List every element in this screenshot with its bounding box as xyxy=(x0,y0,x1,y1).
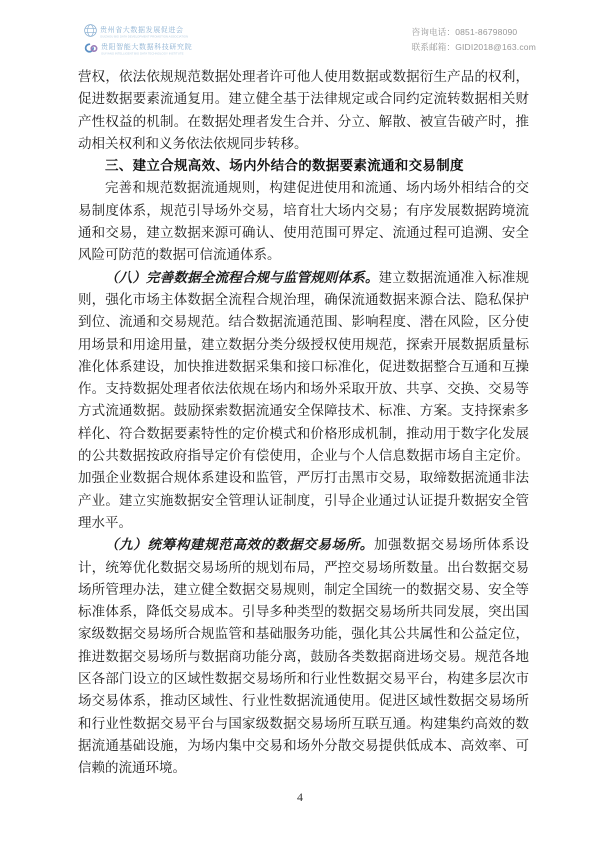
contact-email-row: 联系邮箱：GIDI2018@163.com xyxy=(412,40,536,55)
clause-9-title: （九）统筹构建规范高效的数据交易场所。 xyxy=(105,537,374,552)
logo-group: 贵州省大数据发展促进会 GUIZHOU BIG DATA DEVELOPMENT… xyxy=(84,25,222,57)
association-emblem-icon xyxy=(84,24,97,42)
document-page: 贵州省大数据发展促进会 GUIZHOU BIG DATA DEVELOPMENT… xyxy=(0,0,600,848)
association-text: 贵州省大数据发展促进会 GUIZHOU BIG DATA DEVELOPMENT… xyxy=(100,27,222,39)
paragraph-clause-9: （九）统筹构建规范高效的数据交易场所。加强数据交易场所体系设计，统筹优化数据交易… xyxy=(78,534,529,779)
section-heading: 三、建立合规高效、场内外结合的数据要素流通和交易制度 xyxy=(78,155,529,177)
institute-emblem-icon xyxy=(84,41,98,59)
contact-phone-row: 咨询电话：0851-86798090 xyxy=(412,25,536,40)
clause-8-title: （八）完善数据全流程合规与监管规则体系。 xyxy=(105,270,379,285)
logo-institute: 贵阳智能大数据科技研究院 GUIYANG INTELLIGENT BIG DAT… xyxy=(84,42,222,57)
phone-number: 0851-86798090 xyxy=(455,27,517,37)
email-address: GIDI2018@163.com xyxy=(455,42,536,52)
letterhead: 贵州省大数据发展促进会 GUIZHOU BIG DATA DEVELOPMENT… xyxy=(84,25,536,57)
paragraph-intro: 完善和规范数据流通规则，构建促进使用和流通、场内场外相结合的交易制度体系，规范引… xyxy=(78,177,529,266)
page-number: 4 xyxy=(297,790,303,804)
clause-8-body: 建立数据流通准入标准规则，强化市场主体数据全流程合规治理，确保流通数据来源合法、… xyxy=(78,270,529,530)
paragraph-clause-8: （八）完善数据全流程合规与监管规则体系。建立数据流通准入标准规则，强化市场主体数… xyxy=(78,267,529,535)
institute-name: 贵阳智能大数据科技研究院 xyxy=(101,44,216,52)
contact-info: 咨询电话：0851-86798090 联系邮箱：GIDI2018@163.com xyxy=(412,25,536,55)
document-body: 营权，依法依规规范数据处理者许可他人使用数据或数据衍生产品的权利，促进数据要素流… xyxy=(78,66,529,780)
page-footer: 4 xyxy=(0,788,600,806)
institute-text: 贵阳智能大数据科技研究院 GUIYANG INTELLIGENT BIG DAT… xyxy=(101,44,216,56)
email-label: 联系邮箱： xyxy=(412,42,456,52)
paragraph-continuation: 营权，依法依规规范数据处理者许可他人使用数据或数据衍生产品的权利，促进数据要素流… xyxy=(78,66,529,155)
association-subtitle: GUIZHOU BIG DATA DEVELOPMENT PROMOTION A… xyxy=(100,35,188,38)
logo-association: 贵州省大数据发展促进会 GUIZHOU BIG DATA DEVELOPMENT… xyxy=(84,25,222,40)
phone-label: 咨询电话： xyxy=(412,27,456,37)
association-name: 贵州省大数据发展促进会 xyxy=(100,27,222,35)
institute-subtitle: GUIYANG INTELLIGENT BIG DATA TECHNOLOGY … xyxy=(101,52,184,55)
clause-9-body: 加强数据交易场所体系设计，统筹优化数据交易场所的规划布局，严控交易场所数量。出台… xyxy=(78,537,529,775)
